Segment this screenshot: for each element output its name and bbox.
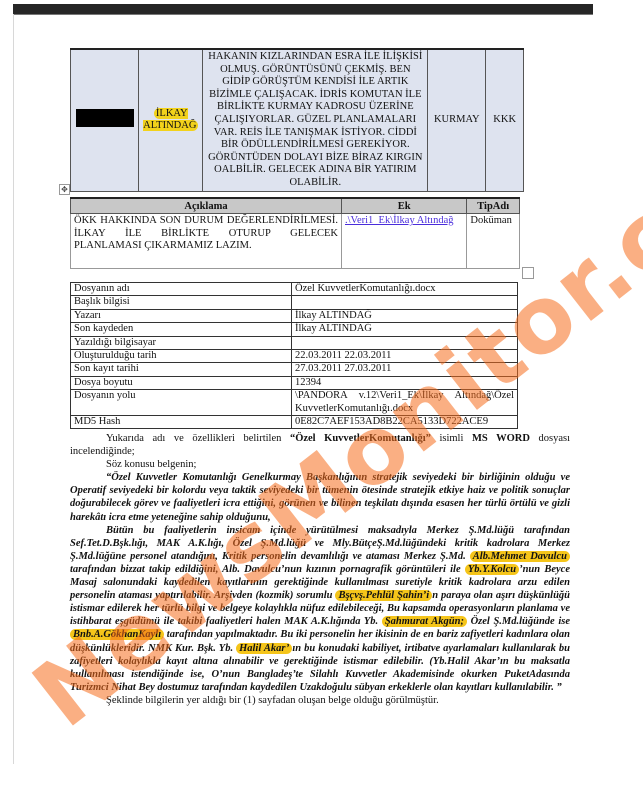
meta-value: İlkay ALTINDAĞ	[292, 323, 518, 336]
table-row: Başlık bilgisi	[71, 296, 518, 309]
unit-cell: KKK	[486, 49, 524, 191]
meta-value: 0E82C7AEF153AD8B22CA5133D722ACE9	[292, 416, 518, 429]
table-row: Son kayıt tarihi27.03.2011 27.03.2011	[71, 363, 518, 376]
table-row: Oluşturulduğu tarih22.03.2011 22.03.2011	[71, 350, 518, 363]
table-row: ÖKK HAKKINDA SON DURUM DEĞERLENDİRİLMESİ…	[71, 214, 520, 269]
table-row: Dosyanın yolu\PANDORA v.12\Veri1_Ek\İlka…	[71, 390, 518, 416]
highlight-pehlul-sahin: Bşçvş.Pehlül Şahin’i	[335, 590, 432, 601]
intro-paragraph: Yukarıda adı ve özellikleri belirtilen “…	[70, 432, 570, 458]
meta-key: Dosyanın adı	[71, 283, 292, 296]
closing-paragraph: Şeklinde bilgilerin yer aldığı bir (1) s…	[70, 694, 570, 707]
quote-paragraph-1: “Özel Kuvvetler Komutanlığı Genelkurmay …	[70, 471, 570, 523]
meta-key: Başlık bilgisi	[71, 296, 292, 309]
meta-value	[292, 296, 518, 309]
type-cell: Doküman	[467, 214, 520, 269]
meta-value	[292, 336, 518, 349]
table-row: Yazarıİlkay ALTINDAĞ	[71, 309, 518, 322]
meta-key: Son kayıt tarihi	[71, 363, 292, 376]
meta-key: MD5 Hash	[71, 416, 292, 429]
table-row: Son kaydedenİlkay ALTINDAĞ	[71, 323, 518, 336]
table-resize-handle[interactable]	[522, 267, 534, 279]
document-body: Yukarıda adı ve özellikleri belirtilen “…	[70, 432, 570, 707]
highlight-gokhan-kayli: Bnb.A.GökhanKaylı	[70, 629, 164, 640]
description-cell: ÖKK HAKKINDA SON DURUM DEĞERLENDİRİLMESİ…	[71, 214, 342, 269]
meta-value: \PANDORA v.12\Veri1_Ek\İlkay Altındağ\Öz…	[292, 390, 518, 416]
meta-value: 27.03.2011 27.03.2011	[292, 363, 518, 376]
column-header-attachment: Ek	[342, 198, 467, 214]
meta-key: Yazıldığı bilgisayar	[71, 336, 292, 349]
table-row: Dosya boyutu12394	[71, 376, 518, 389]
subject-paragraph: Söz konusu belgenin;	[70, 458, 570, 471]
person-record-table: İLKAYALTINDAĞ HAKANIN KIZLARINDAN ESRA İ…	[70, 48, 524, 192]
highlight-kolcu: Yb.Y.Kolcu	[465, 564, 519, 575]
table-move-handle-icon[interactable]: ✥	[59, 184, 70, 195]
meta-value: Özel KuvvetlerKomutanlığı.docx	[292, 283, 518, 296]
quote-paragraph-2: Bütün bu faaliyetlerin insicam içinde yü…	[70, 524, 570, 694]
meta-value: İlkay ALTINDAĞ	[292, 309, 518, 322]
table-row: Yazıldığı bilgisayar	[71, 336, 518, 349]
meta-key: Oluşturulduğu tarih	[71, 350, 292, 363]
attachment-table: Açıklama Ek TipAdı ÖKK HAKKINDA SON DURU…	[70, 197, 520, 269]
redacted-cell	[71, 49, 139, 191]
column-header-description: Açıklama	[71, 198, 342, 214]
meta-key: Son kaydeden	[71, 323, 292, 336]
table-row: İLKAYALTINDAĞ HAKANIN KIZLARINDAN ESRA İ…	[71, 49, 524, 191]
column-header-type: TipAdı	[467, 198, 520, 214]
table-row: MD5 Hash0E82C7AEF153AD8B22CA5133D722ACE9	[71, 416, 518, 429]
highlighted-name: İLKAYALTINDAĞ	[143, 108, 198, 132]
highlight-halil-akar: Halil Akar’	[236, 643, 292, 654]
meta-key: Dosyanın yolu	[71, 390, 292, 416]
meta-key: Yazarı	[71, 309, 292, 322]
redaction-block	[76, 109, 134, 127]
attachment-link[interactable]: .\Veri1_Ek\İlkay Altındağ	[345, 215, 453, 226]
category-cell: KURMAY	[428, 49, 486, 191]
meta-value: 22.03.2011 22.03.2011	[292, 350, 518, 363]
table-row: Dosyanın adıÖzel KuvvetlerKomutanlığı.do…	[71, 283, 518, 296]
name-cell: İLKAYALTINDAĞ	[139, 49, 203, 191]
attachment-cell: .\Veri1_Ek\İlkay Altındağ	[342, 214, 467, 269]
meta-key: Dosya boyutu	[71, 376, 292, 389]
note-cell: HAKANIN KIZLARINDAN ESRA İLE İLİŞKİSİ OL…	[203, 49, 428, 191]
page-left-margin-rule	[13, 14, 14, 764]
highlight-mehmet-davulcu: Alb.Mehmet Davulcu	[470, 551, 570, 562]
highlight-sahmurat-akgun: Şahmurat Akgün;	[382, 616, 467, 627]
top-toolbar-bar	[13, 4, 593, 15]
file-metadata-table: Dosyanın adıÖzel KuvvetlerKomutanlığı.do…	[70, 282, 518, 429]
meta-value: 12394	[292, 376, 518, 389]
